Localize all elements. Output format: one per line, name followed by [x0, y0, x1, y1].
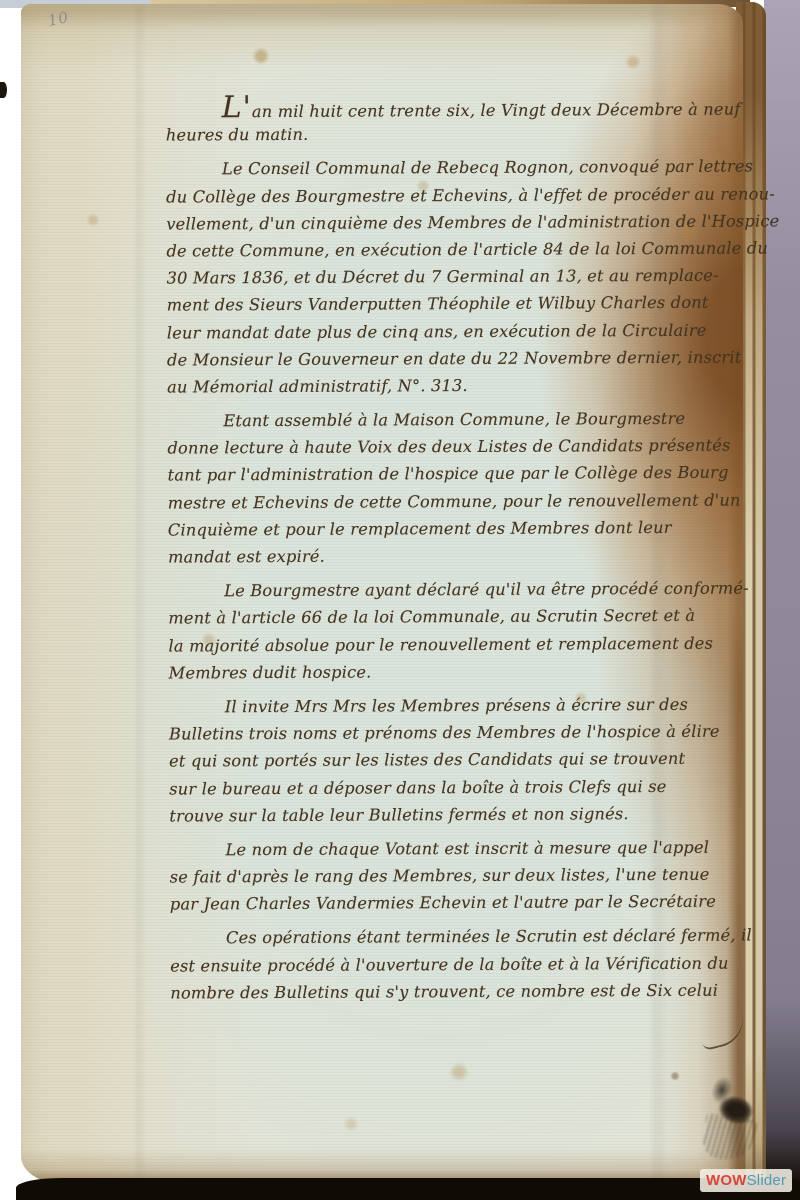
watermark-wow-label: WOW [706, 1169, 747, 1192]
manuscript-line: L'an mil huit cent trente six, le Vingt … [166, 91, 758, 121]
manuscript-paragraph: Il invite Mrs Mrs les Membres présens à … [169, 690, 762, 829]
manuscript-line: Le Bourgmestre ayant déclaré qu'il va êt… [168, 575, 760, 605]
manuscript-line: leur mandat date plus de cinq ans, en ex… [167, 316, 759, 346]
manuscript-line: Le Conseil Communal de Rebecq Rognon, co… [166, 153, 758, 183]
manuscript-line: trouve sur la table leur Bulletins fermé… [169, 799, 761, 829]
manuscript-line: de Monsieur le Gouverneur en date du 22 … [167, 343, 759, 373]
watermark-slider-label: Slider [747, 1169, 787, 1192]
manuscript-line: Ces opérations étant terminées le Scruti… [170, 922, 762, 952]
table-backdrop [16, 1178, 800, 1200]
manuscript-photo: 10 L'an mil huit cent trente six, le Vin… [0, 0, 800, 1200]
manuscript-paragraph: Le nom de chaque Votant est inscrit à me… [170, 833, 762, 918]
folio-number: 10 [47, 10, 71, 29]
manuscript-line: donne lecture à haute Voix des deux List… [167, 432, 759, 462]
manuscript-line: ment des Sieurs Vanderputten Théophile e… [167, 289, 759, 319]
manuscript-line: Le nom de chaque Votant est inscrit à me… [170, 833, 762, 863]
manuscript-line: nombre des Bulletins qui s'y trouvent, c… [170, 976, 762, 1006]
manuscript-line: 30 Mars 1836, et du Décret du 7 Germinal… [167, 262, 759, 292]
manuscript-line: se fait d'après le rang des Membres, sur… [170, 861, 762, 891]
manuscript-paragraph: Etant assemblé à la Maison Commune, le B… [167, 405, 760, 571]
manuscript-paragraph: Le Conseil Communal de Rebecq Rognon, co… [166, 153, 759, 401]
manuscript-line: heures du matin. [166, 119, 758, 149]
binding-speck [0, 82, 7, 98]
manuscript-text: L'an mil huit cent trente six, le Vingt … [166, 91, 763, 1006]
manuscript-paragraph: L'an mil huit cent trente six, le Vingt … [166, 91, 758, 148]
manuscript-line: vellement, d'un cinquième des Membres de… [166, 207, 758, 237]
manuscript-line: et qui sont portés sur les listes des Ca… [169, 745, 761, 775]
manuscript-line: Membres dudit hospice. [169, 656, 761, 686]
wowslider-watermark[interactable]: WOWSlider [700, 1169, 792, 1192]
manuscript-line: Bulletins trois noms et prénoms des Memb… [169, 718, 761, 748]
manuscript-line: Cinquième et pour le remplacement des Me… [168, 513, 760, 543]
manuscript-paragraph: Ces opérations étant terminées le Scruti… [170, 922, 762, 1007]
manuscript-line: par Jean Charles Vandermies Echevin et l… [170, 888, 762, 918]
manuscript-line: mestre et Echevins de cette Commune, pou… [168, 486, 760, 516]
manuscript-line: Etant assemblé à la Maison Commune, le B… [167, 405, 759, 435]
manuscript-line: de cette Commune, en exécution de l'arti… [166, 234, 758, 264]
manuscript-line: au Mémorial administratif, N°. 313. [167, 370, 759, 400]
manuscript-line: Il invite Mrs Mrs les Membres présens à … [169, 690, 761, 720]
manuscript-line: ment à l'article 66 de la loi Communale,… [168, 602, 760, 632]
manuscript-paragraph: Le Bourgmestre ayant déclaré qu'il va êt… [168, 575, 761, 687]
photo-background [764, 0, 800, 1200]
manuscript-line: mandat est expiré. [168, 540, 760, 570]
manuscript-line: sur le bureau et a déposer dans la boîte… [169, 772, 761, 802]
manuscript-line: est ensuite procédé à l'ouverture de la … [170, 949, 762, 979]
manuscript-line: tant par l'administration de l'hospice q… [168, 459, 760, 489]
manuscript-line: du Collège des Bourgmestre et Echevins, … [166, 180, 758, 210]
manuscript-line: la majorité absolue pour le renouvelleme… [168, 629, 760, 659]
